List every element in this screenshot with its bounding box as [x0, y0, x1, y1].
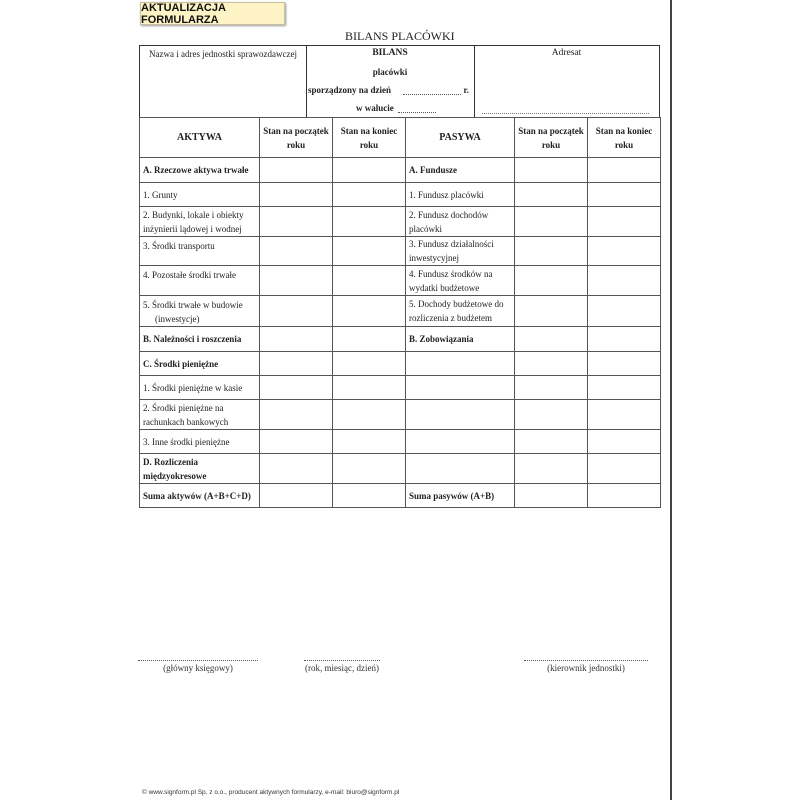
liability-start-input[interactable] — [515, 296, 588, 327]
asset-text: 3. Środki transportu — [143, 241, 215, 251]
asset-label: 5. Środki trwałe w budowie(inwestycje) — [140, 296, 260, 327]
asset-end-input[interactable] — [333, 296, 406, 327]
entity-name-field[interactable]: Nazwa i adres jednostki sprawozdawczej — [140, 46, 307, 117]
liability-label: 3. Fundusz działalności inwestycyjnej — [406, 237, 515, 266]
table-row: 2. Budynki, lokale i obiekty inżynierii … — [140, 207, 661, 237]
asset-text: 1. Środki pieniężne w kasie — [143, 383, 242, 393]
liability-start-input[interactable] — [515, 158, 588, 183]
prepared-on-label: sporządzony na dzień — [308, 85, 391, 95]
prepared-on-input[interactable] — [403, 86, 461, 95]
addressee-label: Adresat — [474, 48, 659, 58]
liability-end-input[interactable] — [588, 183, 661, 207]
liability-end-input[interactable] — [588, 237, 661, 266]
asset-start-input[interactable] — [260, 296, 333, 327]
liability-label: A. Fundusze — [406, 158, 515, 183]
table-row: 1. Grunty1. Fundusz placówki — [140, 183, 661, 207]
liability-end-input[interactable] — [588, 484, 661, 508]
liability-end-input[interactable] — [588, 266, 661, 296]
asset-start-input[interactable] — [260, 327, 333, 352]
liability-label — [406, 376, 515, 400]
asset-text: B. Należności i roszczenia — [143, 334, 241, 344]
liability-start-input[interactable] — [515, 352, 588, 376]
asset-end-input[interactable] — [333, 430, 406, 454]
asset-start-input[interactable] — [260, 183, 333, 207]
asset-text: D. Rozliczenia międzyokresowe — [143, 457, 206, 481]
asset-text: C. Środki pieniężne — [143, 359, 218, 369]
liability-label: 5. Dochody budżetowe do rozliczenia z bu… — [406, 296, 515, 327]
asset-label: C. Środki pieniężne — [140, 352, 260, 376]
signature-line — [304, 660, 380, 661]
asset-label: Suma aktywów (A+B+C+D) — [140, 484, 260, 508]
asset-start-input[interactable] — [260, 352, 333, 376]
asset-end-input[interactable] — [333, 237, 406, 266]
asset-text-line2: (inwestycje) — [143, 312, 199, 326]
asset-label: 3. Inne środki pieniężne — [140, 430, 260, 454]
asset-start-input[interactable] — [260, 430, 333, 454]
asset-end-input[interactable] — [333, 266, 406, 296]
liability-start-input[interactable] — [515, 237, 588, 266]
table-row: 3. Środki transportu3. Fundusz działalno… — [140, 237, 661, 266]
form-title: BILANS PLACÓWKI — [345, 29, 455, 44]
asset-start-input[interactable] — [260, 266, 333, 296]
liability-end-input[interactable] — [588, 430, 661, 454]
asset-text: 2. Budynki, lokale i obiekty inżynierii … — [143, 210, 244, 234]
liability-label: Suma pasywów (A+B) — [406, 484, 515, 508]
update-form-button[interactable]: AKTUALIZACJA FORMULARZA — [140, 2, 285, 25]
asset-label: 2. Budynki, lokale i obiekty inżynierii … — [140, 207, 260, 237]
liability-start-input[interactable] — [515, 376, 588, 400]
bilans-info: BILANS placówki sporządzony na dzień r. … — [306, 46, 475, 117]
asset-text: A. Rzeczowe aktywa trwałe — [143, 165, 248, 175]
table-row: 3. Inne środki pieniężne — [140, 430, 661, 454]
liability-start-input[interactable] — [515, 327, 588, 352]
liability-label — [406, 400, 515, 430]
asset-end-input[interactable] — [333, 454, 406, 484]
liability-end-input[interactable] — [588, 296, 661, 327]
asset-text: 1. Grunty — [143, 190, 178, 200]
asset-start-input[interactable] — [260, 237, 333, 266]
signature-line — [138, 660, 258, 661]
table-row: 2. Środki pieniężne na rachunkach bankow… — [140, 400, 661, 430]
liability-end-input[interactable] — [588, 158, 661, 183]
table-header-row: AKTYWA Stan na początek roku Stan na kon… — [140, 118, 661, 158]
liability-label: 4. Fundusz środków na wydatki budżetowe — [406, 266, 515, 296]
asset-label: 1. Grunty — [140, 183, 260, 207]
asset-end-input[interactable] — [333, 158, 406, 183]
asset-end-input[interactable] — [333, 352, 406, 376]
table-row: C. Środki pieniężne — [140, 352, 661, 376]
prepared-on-row: sporządzony na dzień r. — [306, 85, 474, 95]
liability-end-input[interactable] — [588, 327, 661, 352]
liability-end-input[interactable] — [588, 352, 661, 376]
table-row: 5. Środki trwałe w budowie(inwestycje)5.… — [140, 296, 661, 327]
table-row: 4. Pozostałe środki trwałe4. Fundusz śro… — [140, 266, 661, 296]
asset-label: D. Rozliczenia międzyokresowe — [140, 454, 260, 484]
asset-label: 2. Środki pieniężne na rachunkach bankow… — [140, 400, 260, 430]
signature-chief-accountant[interactable]: (główny księgowy) — [138, 660, 258, 673]
signature-date[interactable]: (rok, miesiąc, dzień) — [304, 660, 380, 673]
asset-text: 5. Środki trwałe w budowie — [143, 300, 243, 310]
currency-label: w walucie — [356, 103, 394, 113]
asset-text: 3. Inne środki pieniężne — [143, 437, 229, 447]
liabilities-header: PASYWA — [406, 118, 515, 158]
asset-end-input[interactable] — [333, 207, 406, 237]
asset-label: A. Rzeczowe aktywa trwałe — [140, 158, 260, 183]
asset-start-input[interactable] — [260, 376, 333, 400]
liability-end-input[interactable] — [588, 454, 661, 484]
table-row: A. Rzeczowe aktywa trwałeA. Fundusze — [140, 158, 661, 183]
liability-label — [406, 430, 515, 454]
balance-table: AKTYWA Stan na początek roku Stan na kon… — [139, 117, 661, 508]
asset-end-input[interactable] — [333, 327, 406, 352]
addressee-field[interactable]: Adresat — [474, 46, 659, 117]
table-row: D. Rozliczenia międzyokresowe — [140, 454, 661, 484]
liability-label — [406, 352, 515, 376]
liability-start-input[interactable] — [515, 266, 588, 296]
liability-end-input[interactable] — [588, 376, 661, 400]
liabilities-start-header: Stan na początek roku — [515, 118, 588, 158]
asset-text: Suma aktywów (A+B+C+D) — [143, 491, 251, 501]
asset-end-input[interactable] — [333, 183, 406, 207]
bilans-title: BILANS — [306, 48, 474, 58]
entity-name-label: Nazwa i adres jednostki sprawozdawczej — [140, 49, 306, 59]
liability-start-input[interactable] — [515, 454, 588, 484]
footer-copyright: © www.signform.pl Sp. z o.o., producent … — [142, 789, 399, 796]
assets-end-header: Stan na koniec roku — [333, 118, 406, 158]
asset-start-input[interactable] — [260, 158, 333, 183]
bilans-subtitle: placówki — [306, 67, 474, 77]
liability-label: B. Zobowiązania — [406, 327, 515, 352]
addressee-input[interactable] — [482, 113, 649, 114]
signature-line — [524, 660, 648, 661]
asset-start-input[interactable] — [260, 454, 333, 484]
asset-label: B. Należności i roszczenia — [140, 327, 260, 352]
currency-row: w walucie — [306, 103, 474, 113]
liability-end-input[interactable] — [588, 400, 661, 430]
form-header-box: Nazwa i adres jednostki sprawozdawczej B… — [139, 45, 660, 118]
liability-label — [406, 454, 515, 484]
assets-header: AKTYWA — [140, 118, 260, 158]
asset-label: 1. Środki pieniężne w kasie — [140, 376, 260, 400]
liability-start-input[interactable] — [515, 207, 588, 237]
table-row: Suma aktywów (A+B+C+D)Suma pasywów (A+B) — [140, 484, 661, 508]
asset-start-input[interactable] — [260, 484, 333, 508]
liability-label: 2. Fundusz dochodów placówki — [406, 207, 515, 237]
signature-label: (główny księgowy) — [138, 663, 258, 673]
liability-end-input[interactable] — [588, 207, 661, 237]
liability-start-input[interactable] — [515, 400, 588, 430]
liability-start-input[interactable] — [515, 430, 588, 454]
signature-label: (kierownik jednostki) — [524, 663, 648, 673]
signature-head-of-unit[interactable]: (kierownik jednostki) — [524, 660, 648, 673]
asset-text: 2. Środki pieniężne na rachunkach bankow… — [143, 403, 228, 427]
liabilities-end-header: Stan na koniec roku — [588, 118, 661, 158]
liability-label: 1. Fundusz placówki — [406, 183, 515, 207]
signature-label: (rok, miesiąc, dzień) — [304, 663, 380, 673]
asset-end-input[interactable] — [333, 376, 406, 400]
table-row: 1. Środki pieniężne w kasie — [140, 376, 661, 400]
asset-end-input[interactable] — [333, 484, 406, 508]
asset-end-input[interactable] — [333, 400, 406, 430]
year-suffix: r. — [464, 85, 469, 95]
asset-start-input[interactable] — [260, 400, 333, 430]
liability-start-input[interactable] — [515, 484, 588, 508]
asset-label: 4. Pozostałe środki trwałe — [140, 266, 260, 296]
liability-start-input[interactable] — [515, 183, 588, 207]
assets-start-header: Stan na początek roku — [260, 118, 333, 158]
asset-text: 4. Pozostałe środki trwałe — [143, 270, 236, 280]
asset-label: 3. Środki transportu — [140, 237, 260, 266]
table-row: B. Należności i roszczeniaB. Zobowiązani… — [140, 327, 661, 352]
asset-start-input[interactable] — [260, 207, 333, 237]
currency-input[interactable] — [398, 104, 436, 113]
page-right-border — [670, 0, 672, 800]
